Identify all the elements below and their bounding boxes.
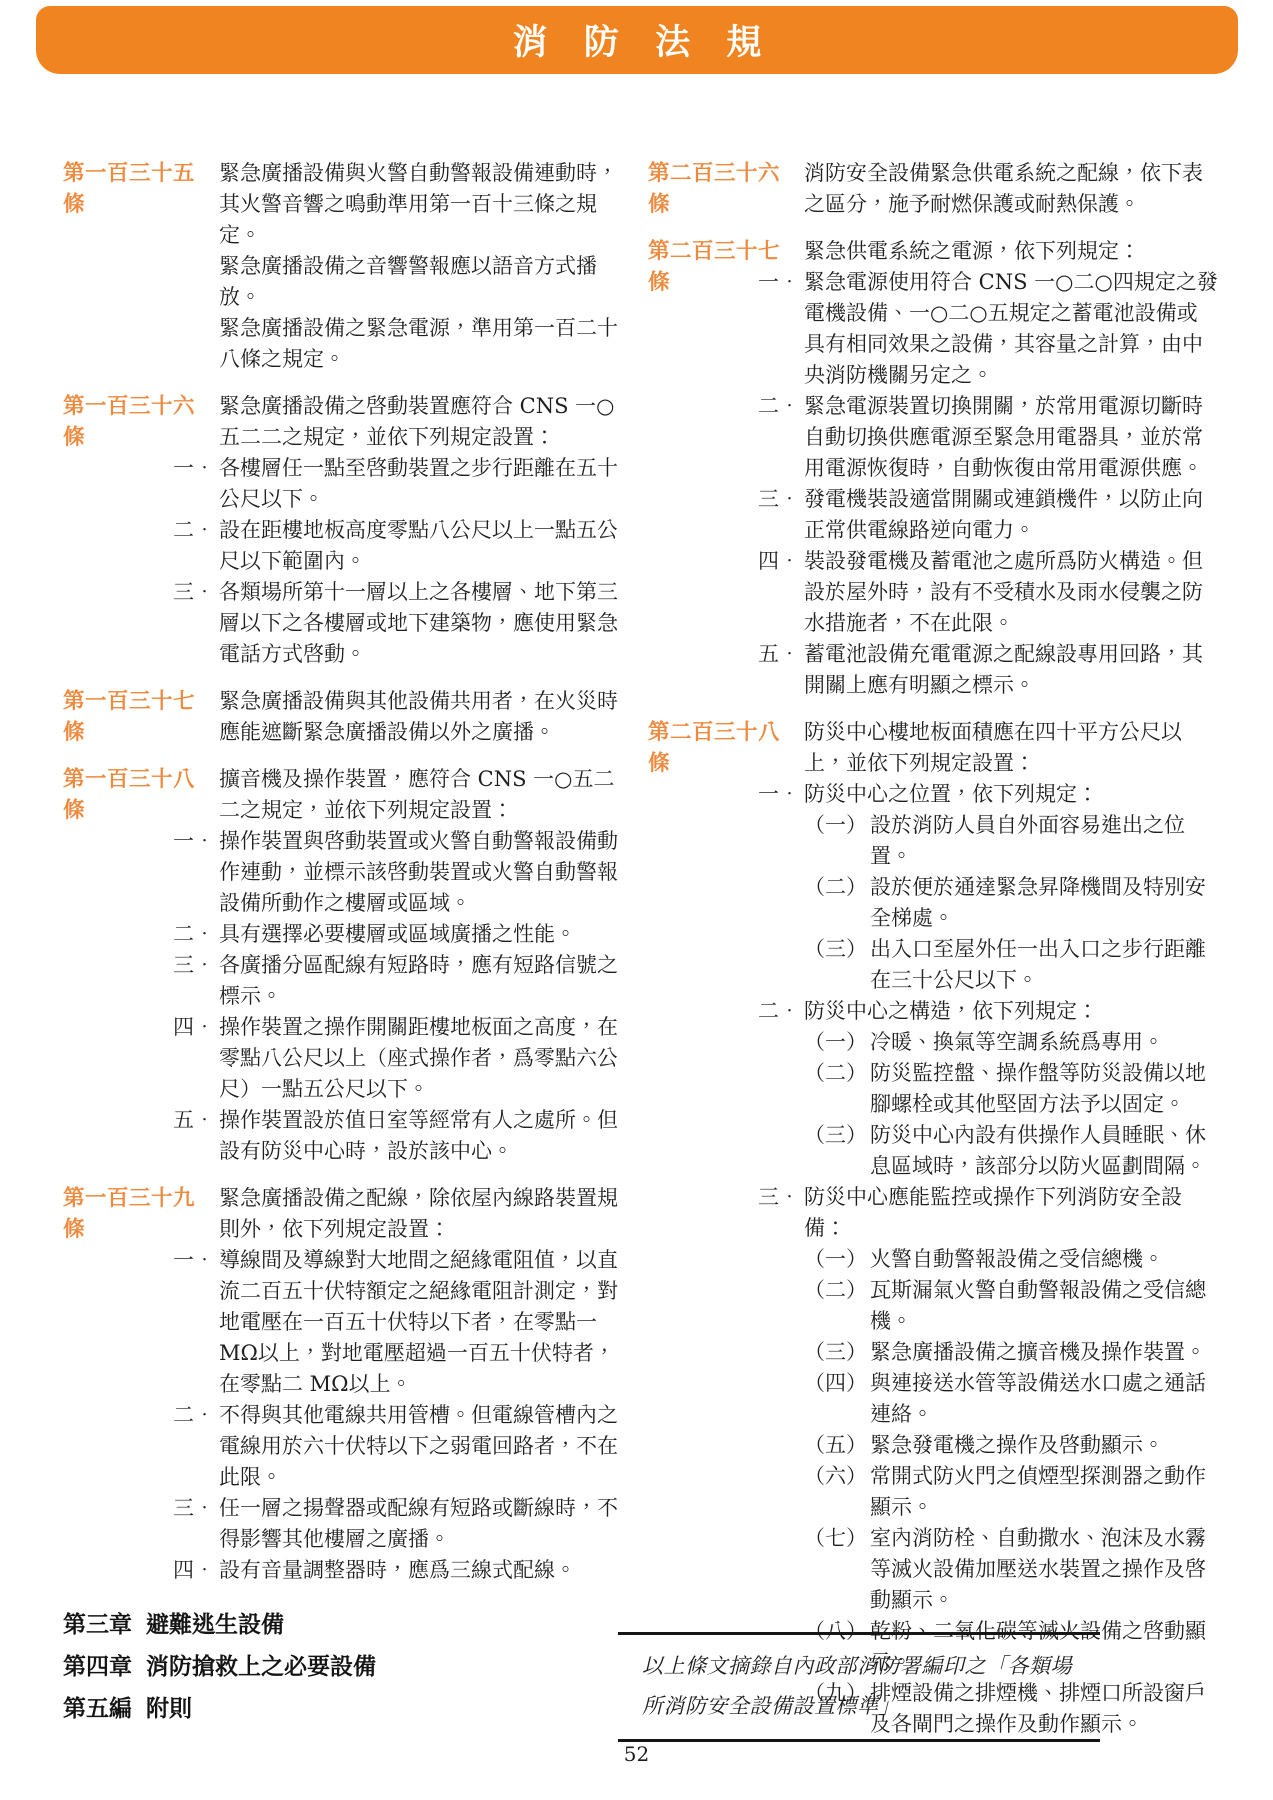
list-item: 三．各廣播分區配線有短路時，應有短路信號之標示。	[219, 950, 623, 1012]
sub-item: （三）出入口至屋外任一出入口之步行距離在三十公尺以下。	[804, 934, 1218, 996]
list-item: 一．防災中心之位置，依下列規定：（一）設於消防人員自外面容易進出之位置。（二）設…	[804, 779, 1218, 996]
item-text: 裝設發電機及蓄電池之處所爲防火構造。但設於屋外時，設有不受積水及雨水侵襲之防水措…	[804, 546, 1218, 639]
item-text: 任一層之揚聲器或配線有短路或斷線時，不得影響其他樓層之廣播。	[219, 1493, 623, 1555]
article: 第一百三十五條緊急廣播設備與火警自動警報設備連動時，其火警音響之鳴動準用第一百十…	[63, 158, 623, 375]
item-body: 操作裝置之操作開關距樓地板面之高度，在零點八公尺以上（座式操作者，爲零點六公尺）…	[219, 1012, 623, 1105]
article-paragraph: 消防安全設備緊急供電系統之配線，依下表之區分，施予耐燃保護或耐熱保護。	[804, 158, 1218, 220]
sub-item-body: 冷暖、換氣等空調系統爲專用。	[870, 1027, 1218, 1058]
sub-item: （一）設於消防人員自外面容易進出之位置。	[804, 810, 1218, 872]
sub-item-body: 與連接送水管等設備送水口處之通話連絡。	[870, 1368, 1218, 1430]
item-body: 各廣播分區配線有短路時，應有短路信號之標示。	[219, 950, 623, 1012]
article-paragraph: 緊急廣播設備與火警自動警報設備連動時，其火警音響之鳴動準用第一百十三條之規定。	[219, 158, 623, 251]
chapter-label: 第四章	[63, 1654, 132, 1680]
item-body: 設有音量調整器時，應爲三線式配線。	[219, 1555, 623, 1586]
item-marker: 三．	[758, 484, 804, 546]
sub-item-body: 常開式防火門之偵煙型探測器之動作顯示。	[870, 1461, 1218, 1523]
item-marker: 三．	[173, 950, 219, 1012]
article: 第二百三十七條緊急供電系統之電源，依下列規定：一．緊急電源使用符合 CNS 一○…	[648, 236, 1218, 701]
article: 第一百三十六條緊急廣播設備之啓動裝置應符合 CNS 一○五二二之規定，並依下列規…	[63, 391, 623, 670]
item-text: 防災中心之位置，依下列規定：（一）設於消防人員自外面容易進出之位置。（二）設於便…	[804, 779, 1218, 996]
item-marker: 一．	[758, 779, 804, 996]
article-paragraph: 緊急廣播設備之緊急電源，準用第一百二十八條之規定。	[219, 313, 623, 375]
article-body: 緊急廣播設備之配線，除依屋內線路裝置規則外，依下列規定設置：一．導線間及導線對大…	[219, 1183, 623, 1586]
article-number: 第二百三十六條	[648, 158, 798, 220]
sub-item-marker: （一）	[804, 1027, 870, 1058]
article-body: 消防安全設備緊急供電系統之配線，依下表之區分，施予耐燃保護或耐熱保護。	[804, 158, 1218, 220]
item-body: 操作裝置設於值日室等經常有人之處所。但設有防災中心時，設於該中心。	[219, 1105, 623, 1167]
sub-item-body: 設於消防人員自外面容易進出之位置。	[870, 810, 1218, 872]
sub-item-body: 防災中心內設有供操作人員睡眠、休息區域時，該部分以防火區劃間隔。	[870, 1120, 1218, 1182]
article: 第一百三十八條擴音機及操作裝置，應符合 CNS 一○五二二之規定，並依下列規定設…	[63, 764, 623, 1167]
item-text: 設有音量調整器時，應爲三線式配線。	[219, 1555, 623, 1586]
list-item: 四．裝設發電機及蓄電池之處所爲防火構造。但設於屋外時，設有不受積水及雨水侵襲之防…	[804, 546, 1218, 639]
chapter-title: 附則	[146, 1696, 192, 1722]
item-text: 設在距樓地板高度零點八公尺以上一點五公尺以下範圍內。	[219, 515, 623, 577]
article: 第二百三十八條防災中心樓地板面積應在四十平方公尺以上，並依下列規定設置：一．防災…	[648, 717, 1218, 1740]
sub-item-marker: （七）	[804, 1523, 870, 1616]
item-marker: 一．	[758, 267, 804, 391]
list-item: 一．導線間及導線對大地間之絕緣電阻值，以直流二百五十伏特額定之絕緣電阻計測定，對…	[219, 1245, 623, 1400]
article-body: 防災中心樓地板面積應在四十平方公尺以上，並依下列規定設置：一．防災中心之位置，依…	[804, 717, 1218, 1740]
item-body: 各樓層任一點至啓動裝置之步行距離在五十公尺以下。	[219, 453, 623, 515]
article-number: 第一百三十五條	[63, 158, 213, 375]
article-paragraph: 緊急供電系統之電源，依下列規定：	[804, 236, 1218, 267]
page-title: 消 防 法 規	[501, 15, 774, 65]
article: 第一百三十九條緊急廣播設備之配線，除依屋內線路裝置規則外，依下列規定設置：一．導…	[63, 1183, 623, 1586]
item-text: 操作裝置設於值日室等經常有人之處所。但設有防災中心時，設於該中心。	[219, 1105, 623, 1167]
chapter-label: 第三章	[63, 1612, 132, 1638]
sub-item-body: 設於便於通達緊急昇降機間及特別安全梯處。	[870, 872, 1218, 934]
item-text: 導線間及導線對大地間之絕緣電阻值，以直流二百五十伏特額定之絕緣電阻計測定，對地電…	[219, 1245, 623, 1400]
article-body: 緊急廣播設備與其他設備共用者，在火災時應能遮斷緊急廣播設備以外之廣播。	[219, 686, 623, 748]
item-text: 各類場所第十一層以上之各樓層、地下第三層以下之各樓層或地下建築物，應使用緊急電話…	[219, 577, 623, 670]
item-body: 不得與其他電線共用管槽。但電線管槽內之電線用於六十伏特以下之弱電回路者，不在此限…	[219, 1400, 623, 1493]
item-marker: 四．	[173, 1012, 219, 1105]
list-item: 二．設在距樓地板高度零點八公尺以上一點五公尺以下範圍內。	[219, 515, 623, 577]
list-item: 二．防災中心之構造，依下列規定：（一）冷暖、換氣等空調系統爲專用。（二）防災監控…	[804, 996, 1218, 1182]
item-body: 各類場所第十一層以上之各樓層、地下第三層以下之各樓層或地下建築物，應使用緊急電話…	[219, 577, 623, 670]
item-body: 緊急電源裝置切換開關，於常用電源切斷時自動切換供應電源至緊急用電器具，並於常用電…	[804, 391, 1218, 484]
sub-item-marker: （一）	[804, 1244, 870, 1275]
item-text: 緊急電源使用符合 CNS 一○二○四規定之發電機設備、一○二○五規定之蓄電池設備…	[804, 267, 1218, 391]
item-body: 具有選擇必要樓層或區域廣播之性能。	[219, 919, 623, 950]
sub-item-marker: （三）	[804, 1120, 870, 1182]
sub-item: （一）冷暖、換氣等空調系統爲專用。	[804, 1027, 1218, 1058]
article: 第一百三十七條緊急廣播設備與其他設備共用者，在火災時應能遮斷緊急廣播設備以外之廣…	[63, 686, 623, 748]
chapter-label: 第五編	[63, 1696, 132, 1722]
item-text: 防災中心之構造，依下列規定：（一）冷暖、換氣等空調系統爲專用。（二）防災監控盤、…	[804, 996, 1218, 1182]
item-body: 防災中心之構造，依下列規定：	[804, 996, 1218, 1027]
document-page: 消 防 法 規 第一百三十五條緊急廣播設備與火警自動警報設備連動時，其火警音響之…	[0, 0, 1273, 1800]
list-item: 一．各樓層任一點至啓動裝置之步行距離在五十公尺以下。	[219, 453, 623, 515]
list-item: 三．各類場所第十一層以上之各樓層、地下第三層以下之各樓層或地下建築物，應使用緊急…	[219, 577, 623, 670]
item-body: 設在距樓地板高度零點八公尺以上一點五公尺以下範圍內。	[219, 515, 623, 577]
page-header-banner: 消 防 法 規	[36, 6, 1238, 74]
sub-item-body: 火警自動警報設備之受信總機。	[870, 1244, 1218, 1275]
sub-item: （二）設於便於通達緊急昇降機間及特別安全梯處。	[804, 872, 1218, 934]
item-body: 緊急電源使用符合 CNS 一○二○四規定之發電機設備、一○二○五規定之蓄電池設備…	[804, 267, 1218, 391]
item-body: 蓄電池設備充電電源之配線設專用回路，其開關上應有明顯之標示。	[804, 639, 1218, 701]
item-text: 蓄電池設備充電電源之配線設專用回路，其開關上應有明顯之標示。	[804, 639, 1218, 701]
list-item: 五．蓄電池設備充電電源之配線設專用回路，其開關上應有明顯之標示。	[804, 639, 1218, 701]
list-item: 四．設有音量調整器時，應爲三線式配線。	[219, 1555, 623, 1586]
list-item: 三．發電機裝設適當開關或連鎖機件，以防止向正常供電線路逆向電力。	[804, 484, 1218, 546]
list-item: 三．任一層之揚聲器或配線有短路或斷線時，不得影響其他樓層之廣播。	[219, 1493, 623, 1555]
list-item: 二．不得與其他電線共用管槽。但電線管槽內之電線用於六十伏特以下之弱電回路者，不在…	[219, 1400, 623, 1493]
article-body: 擴音機及操作裝置，應符合 CNS 一○五二二之規定，並依下列規定設置：一．操作裝…	[219, 764, 623, 1167]
item-marker: 二．	[173, 919, 219, 950]
article-paragraph: 緊急廣播設備之配線，除依屋內線路裝置規則外，依下列規定設置：	[219, 1183, 623, 1245]
item-marker: 二．	[173, 515, 219, 577]
sub-item: （一）火警自動警報設備之受信總機。	[804, 1244, 1218, 1275]
chapter-title: 避難逃生設備	[146, 1612, 284, 1638]
chapter-title: 消防搶救上之必要設備	[146, 1654, 376, 1680]
sub-item-marker: （二）	[804, 1058, 870, 1120]
item-text: 操作裝置之操作開關距樓地板面之高度，在零點八公尺以上（座式操作者，爲零點六公尺）…	[219, 1012, 623, 1105]
article-paragraph: 防災中心樓地板面積應在四十平方公尺以上，並依下列規定設置：	[804, 717, 1218, 779]
sub-item: （二）瓦斯漏氣火警自動警報設備之受信總機。	[804, 1275, 1218, 1337]
item-body: 任一層之揚聲器或配線有短路或斷線時，不得影響其他樓層之廣播。	[219, 1493, 623, 1555]
article-body: 緊急廣播設備之啓動裝置應符合 CNS 一○五二二之規定，並依下列規定設置：一．各…	[219, 391, 623, 670]
chapter-list: 第三章避難逃生設備第四章消防搶救上之必要設備第五編附則	[63, 1604, 623, 1730]
sub-item-body: 瓦斯漏氣火警自動警報設備之受信總機。	[870, 1275, 1218, 1337]
sub-item-marker: （三）	[804, 934, 870, 996]
sub-item-marker: （四）	[804, 1368, 870, 1430]
sub-item-marker: （一）	[804, 810, 870, 872]
item-marker: 五．	[173, 1105, 219, 1167]
item-body: 防災中心應能監控或操作下列消防安全設備：	[804, 1182, 1218, 1244]
article-paragraph: 緊急廣播設備與其他設備共用者，在火災時應能遮斷緊急廣播設備以外之廣播。	[219, 686, 623, 748]
item-marker: 三．	[173, 577, 219, 670]
item-text: 各廣播分區配線有短路時，應有短路信號之標示。	[219, 950, 623, 1012]
sub-item-marker: （二）	[804, 1275, 870, 1337]
item-text: 不得與其他電線共用管槽。但電線管槽內之電線用於六十伏特以下之弱電回路者，不在此限…	[219, 1400, 623, 1493]
item-marker: 一．	[173, 453, 219, 515]
list-item: 二．具有選擇必要樓層或區域廣播之性能。	[219, 919, 623, 950]
chapter-heading: 第三章避難逃生設備	[63, 1604, 623, 1646]
article-number: 第一百三十七條	[63, 686, 213, 748]
article-body: 緊急供電系統之電源，依下列規定：一．緊急電源使用符合 CNS 一○二○四規定之發…	[804, 236, 1218, 701]
article-paragraph: 擴音機及操作裝置，應符合 CNS 一○五二二之規定，並依下列規定設置：	[219, 764, 623, 826]
item-text: 緊急電源裝置切換開關，於常用電源切斷時自動切換供應電源至緊急用電器具，並於常用電…	[804, 391, 1218, 484]
sub-item-body: 室內消防栓、自動撒水、泡沫及水霧等滅火設備加壓送水裝置之操作及啓動顯示。	[870, 1523, 1218, 1616]
sub-item: （七）室內消防栓、自動撒水、泡沫及水霧等滅火設備加壓送水裝置之操作及啓動顯示。	[804, 1523, 1218, 1616]
item-body: 操作裝置與啓動裝置或火警自動警報設備動作連動，並標示該啓動裝置或火警自動警報設備…	[219, 826, 623, 919]
sub-item: （四）與連接送水管等設備送水口處之通話連絡。	[804, 1368, 1218, 1430]
sub-item-body: 緊急發電機之操作及啓動顯示。	[870, 1430, 1218, 1461]
item-marker: 一．	[173, 1245, 219, 1400]
article-paragraph: 緊急廣播設備之音響警報應以語音方式播放。	[219, 251, 623, 313]
chapter-heading: 第五編附則	[63, 1688, 623, 1730]
sub-item-body: 出入口至屋外任一出入口之步行距離在三十公尺以下。	[870, 934, 1218, 996]
sub-item-marker: （三）	[804, 1337, 870, 1368]
page-number: 52	[0, 1742, 1273, 1766]
right-column: 第二百三十六條消防安全設備緊急供電系統之配線，依下表之區分，施予耐燃保護或耐熱保…	[648, 158, 1218, 1756]
item-marker: 五．	[758, 639, 804, 701]
article-paragraph: 緊急廣播設備之啓動裝置應符合 CNS 一○五二二之規定，並依下列規定設置：	[219, 391, 623, 453]
item-marker: 一．	[173, 826, 219, 919]
item-text: 各樓層任一點至啓動裝置之步行距離在五十公尺以下。	[219, 453, 623, 515]
chapter-heading: 第四章消防搶救上之必要設備	[63, 1646, 623, 1688]
article-body: 緊急廣播設備與火警自動警報設備連動時，其火警音響之鳴動準用第一百十三條之規定。緊…	[219, 158, 623, 375]
item-text: 發電機裝設適當開關或連鎖機件，以防止向正常供電線路逆向電力。	[804, 484, 1218, 546]
article: 第二百三十六條消防安全設備緊急供電系統之配線，依下表之區分，施予耐燃保護或耐熱保…	[648, 158, 1218, 220]
sub-item: （五）緊急發電機之操作及啓動顯示。	[804, 1430, 1218, 1461]
sub-item-marker: （六）	[804, 1461, 870, 1523]
list-item: 四．操作裝置之操作開關距樓地板面之高度，在零點八公尺以上（座式操作者，爲零點六公…	[219, 1012, 623, 1105]
item-marker: 二．	[173, 1400, 219, 1493]
sub-item-body: 防災監控盤、操作盤等防災設備以地腳螺栓或其他堅固方法予以固定。	[870, 1058, 1218, 1120]
list-item: 五．操作裝置設於值日室等經常有人之處所。但設有防災中心時，設於該中心。	[219, 1105, 623, 1167]
sub-item-marker: （二）	[804, 872, 870, 934]
list-item: 二．緊急電源裝置切換開關，於常用電源切斷時自動切換供應電源至緊急用電器具，並於常…	[804, 391, 1218, 484]
item-marker: 四．	[758, 546, 804, 639]
sub-item: （六）常開式防火門之偵煙型探測器之動作顯示。	[804, 1461, 1218, 1523]
sub-item-body: 緊急廣播設備之擴音機及操作裝置。	[870, 1337, 1218, 1368]
item-marker: 三．	[173, 1493, 219, 1555]
source-note-box: 以上條文摘錄自內政部消防署編印之「各類場所消防安全設備設置標準」	[618, 1632, 1100, 1742]
list-item: 一．操作裝置與啓動裝置或火警自動警報設備動作連動，並標示該啓動裝置或火警自動警報…	[219, 826, 623, 919]
sub-item: （三）緊急廣播設備之擴音機及操作裝置。	[804, 1337, 1218, 1368]
sub-item: （三）防災中心內設有供操作人員睡眠、休息區域時，該部分以防火區劃間隔。	[804, 1120, 1218, 1182]
sub-item: （二）防災監控盤、操作盤等防災設備以地腳螺栓或其他堅固方法予以固定。	[804, 1058, 1218, 1120]
item-marker: 二．	[758, 391, 804, 484]
item-body: 裝設發電機及蓄電池之處所爲防火構造。但設於屋外時，設有不受積水及雨水侵襲之防水措…	[804, 546, 1218, 639]
item-marker: 二．	[758, 996, 804, 1182]
item-body: 導線間及導線對大地間之絕緣電阻值，以直流二百五十伏特額定之絕緣電阻計測定，對地電…	[219, 1245, 623, 1400]
item-body: 防災中心之位置，依下列規定：	[804, 779, 1218, 810]
list-item: 一．緊急電源使用符合 CNS 一○二○四規定之發電機設備、一○二○五規定之蓄電池…	[804, 267, 1218, 391]
item-text: 操作裝置與啓動裝置或火警自動警報設備動作連動，並標示該啓動裝置或火警自動警報設備…	[219, 826, 623, 919]
left-column: 第一百三十五條緊急廣播設備與火警自動警報設備連動時，其火警音響之鳴動準用第一百十…	[63, 158, 623, 1730]
item-body: 發電機裝設適當開關或連鎖機件，以防止向正常供電線路逆向電力。	[804, 484, 1218, 546]
item-text: 具有選擇必要樓層或區域廣播之性能。	[219, 919, 623, 950]
item-marker: 四．	[173, 1555, 219, 1586]
sub-item-marker: （五）	[804, 1430, 870, 1461]
source-note: 以上條文摘錄自內政部消防署編印之「各類場所消防安全設備設置標準」	[642, 1646, 1088, 1726]
